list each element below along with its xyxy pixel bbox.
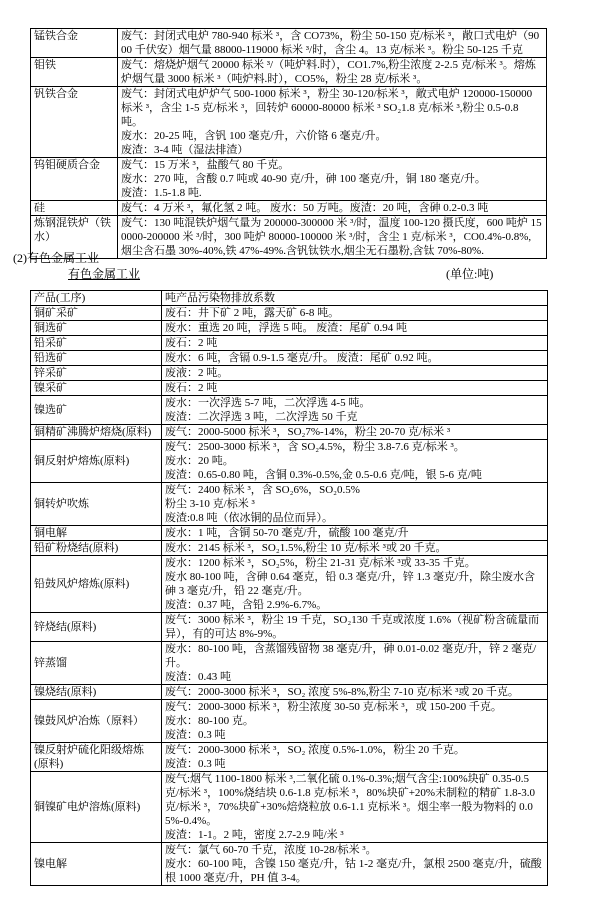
table-row: 钨钼硬质合金 废气：15 万米 ³，盐酸气 80 千克。 废水：270 吨，含酸… xyxy=(31,158,547,201)
product-cell: 镍反射炉硫化阳级熔炼(原料) xyxy=(31,743,162,772)
table-row: 铅鼓风炉熔炼(原料) 废水：1200 标米 ³，SO₂5%，粉尘 21-31 克… xyxy=(31,556,548,613)
product-cell: 铜反射炉熔炼(原料) xyxy=(31,440,162,483)
table-row: 炼钢混铁炉（铁水） 废气：130 吨混铁炉烟气量为 200000-300000 … xyxy=(31,216,547,259)
table-row: 铜转炉吹炼 废气：2400 标米 ³，含 SO₂6%，SO₂0.5% 粉尘 3-… xyxy=(31,483,548,526)
coefficients-cell: 废水：2145 标米 ³，SO₂1.5%,粉尘 10 克/标米 ³或 20 千克… xyxy=(162,541,548,556)
coefficients-cell: 废气：2000-3000 标米 ³，SO₂ 浓度 0.5%-1.0%，粉尘 20… xyxy=(162,743,548,772)
product-cell: 锰铁合金 xyxy=(31,29,118,58)
coefficients-cell: 废气：3000 标米 ³，粉尘 19 千克，SO₂130 千克或浓度 1.6%（… xyxy=(162,613,548,642)
ferroalloy-emission-table: 锰铁合金 废气：封闭式电炉 780-940 标米 ³，含 CO73%，粉尘 50… xyxy=(30,28,547,259)
table-row: 镍采矿 废石：2 吨 xyxy=(31,381,548,396)
coefficients-cell: 废水：1 吨，含铜 50-70 毫克/升，硫酸 100 毫克/升 xyxy=(162,526,548,541)
table-row: 铜精矿沸腾炉熔烧(原料) 废气：2000-5000 标米 ³，SO₂7%-14%… xyxy=(31,425,548,440)
product-cell: 镍鼓风炉冶炼（原料） xyxy=(31,700,162,743)
coefficients-cell: 废气：封闭式电炉 780-940 标米 ³，含 CO73%，粉尘 50-150 … xyxy=(118,29,547,58)
table-row: 铜电解 废水：1 吨，含铜 50-70 毫克/升，硫酸 100 毫克/升 xyxy=(31,526,548,541)
table-row: 镍鼓风炉冶炼（原料） 废气：2000-3000 标米 ³，粉尘浓度 30-50 … xyxy=(31,700,548,743)
product-cell: 铅矿粉烧结(原料) xyxy=(31,541,162,556)
coefficients-cell: 废气：2500-3000 标米 ³，含 SO₂4.5%，粉尘 3.8-7.6 克… xyxy=(162,440,548,483)
coefficients-cell: 废气：2000-3000 标米 ³，粉尘浓度 30-50 克/标米 ³，或 15… xyxy=(162,700,548,743)
document-page: 锰铁合金 废气：封闭式电炉 780-940 标米 ³，含 CO73%，粉尘 50… xyxy=(0,0,592,916)
product-cell: 镍选矿 xyxy=(31,396,162,425)
product-cell: 铅鼓风炉熔炼(原料) xyxy=(31,556,162,613)
section-subtitle: 有色金属工业 xyxy=(68,267,140,282)
coefficients-cell: 废水：80-100 吨，含蒸馏残留物 38 毫克/升，砷 0.01-0.02 毫… xyxy=(162,642,548,685)
coefficients-cell: 废气：2000-3000 标米 ³，SO₂ 浓度 5%-8%,粉尘 7-10 克… xyxy=(162,685,548,700)
table-row: 铜镍矿电炉溶炼(原料) 废气:烟气 1100-1800 标米 ³,二氧化硫 0.… xyxy=(31,772,548,843)
table-row: 锌采矿 废液：2 吨。 xyxy=(31,366,548,381)
product-cell: 硅 xyxy=(31,201,118,216)
section-heading: (2)有色金属工业 xyxy=(13,251,99,266)
product-header-cell: 产品(工序) xyxy=(31,291,162,306)
coefficients-cell: 废气:烟气 1100-1800 标米 ³,二氧化硫 0.1%-0.3%;烟气含尘… xyxy=(162,772,548,843)
table-row: 锌烧结(原料) 废气：3000 标米 ³，粉尘 19 千克，SO₂130 千克或… xyxy=(31,613,548,642)
product-cell: 锌烧结(原料) xyxy=(31,613,162,642)
product-cell: 镍烧结(原料) xyxy=(31,685,162,700)
table-row: 钼铁 废气：熔烧炉烟气 20000 标米 ³/（吨炉料.时），CO1.7%,粉尘… xyxy=(31,58,547,87)
coefficients-cell: 废气：4 万米 ³，氟化氢 2 吨。 废水：50 万吨。废渣：20 吨，含砷 0… xyxy=(118,201,547,216)
table-row: 铅矿粉烧结(原料) 废水：2145 标米 ³，SO₂1.5%,粉尘 10 克/标… xyxy=(31,541,548,556)
coefficients-cell: 废水：一次浮选 5-7 吨，二次浮选 4-5 吨。 废渣：二次浮选 3 吨，二次… xyxy=(162,396,548,425)
product-cell: 铜转炉吹炼 xyxy=(31,483,162,526)
table-row: 镍电解 废气：氯气 60-70 千克，浓度 10-28/标米 ³。 废水：60-… xyxy=(31,843,548,886)
nonferrous-emission-table: 产品(工序) 吨产品污染物排放系数 铜矿采矿 废石：井下矿 2 吨，露天矿 6-… xyxy=(30,290,548,886)
table-row: 铅采矿 废石：2 吨 xyxy=(31,336,548,351)
coefficients-cell: 废水：1200 标米 ³，SO₂5%，粉尘 21-31 克/标米 ³或 33-3… xyxy=(162,556,548,613)
product-cell: 钨钼硬质合金 xyxy=(31,158,118,201)
product-cell: 锌蒸馏 xyxy=(31,642,162,685)
table-row: 铜选矿 废水：重选 20 吨，浮选 5 吨。 废渣：尾矿 0.94 吨 xyxy=(31,321,548,336)
coefficients-cell: 废气：封闭式电炉炉气 500-1000 标米 ³，粉尘 30-120/标米 ³，… xyxy=(118,87,547,158)
coefficients-header-cell: 吨产品污染物排放系数 xyxy=(162,291,548,306)
coefficients-cell: 废气：熔烧炉烟气 20000 标米 ³/（吨炉料.时），CO1.7%,粉尘浓度 … xyxy=(118,58,547,87)
product-cell: 铜矿采矿 xyxy=(31,306,162,321)
product-cell: 钒铁合金 xyxy=(31,87,118,158)
table-row: 钒铁合金 废气：封闭式电炉炉气 500-1000 标米 ³，粉尘 30-120/… xyxy=(31,87,547,158)
unit-label: (单位:吨) xyxy=(446,267,493,282)
table-row: 锰铁合金 废气：封闭式电炉 780-940 标米 ³，含 CO73%，粉尘 50… xyxy=(31,29,547,58)
product-cell: 铅选矿 xyxy=(31,351,162,366)
coefficients-cell: 废气：130 吨混铁炉烟气量为 200000-300000 米 ³/时，温度 1… xyxy=(118,216,547,259)
product-cell: 铜精矿沸腾炉熔烧(原料) xyxy=(31,425,162,440)
coefficients-cell: 废气：15 万米 ³，盐酸气 80 千克。 废水：270 吨，含酸 0.7 吨或… xyxy=(118,158,547,201)
coefficients-cell: 废石：2 吨 xyxy=(162,336,548,351)
coefficients-cell: 废液：2 吨。 xyxy=(162,366,548,381)
coefficients-cell: 废气：2400 标米 ³，含 SO₂6%，SO₂0.5% 粉尘 3-10 克/标… xyxy=(162,483,548,526)
table-row: 铜矿采矿 废石：井下矿 2 吨，露天矿 6-8 吨。 xyxy=(31,306,548,321)
coefficients-cell: 废石：2 吨 xyxy=(162,381,548,396)
coefficients-cell: 废气：氯气 60-70 千克，浓度 10-28/标米 ³。 废水：60-100 … xyxy=(162,843,548,886)
table-row: 铅选矿 废水：6 吨，含镉 0.9-1.5 毫克/升。 废渣：尾矿 0.92 吨… xyxy=(31,351,548,366)
product-cell: 铜选矿 xyxy=(31,321,162,336)
product-cell: 镍电解 xyxy=(31,843,162,886)
table-row: 硅 废气：4 万米 ³，氟化氢 2 吨。 废水：50 万吨。废渣：20 吨，含砷… xyxy=(31,201,547,216)
product-cell: 镍采矿 xyxy=(31,381,162,396)
coefficients-cell: 废气：2000-5000 标米 ³，SO₂7%-14%，粉尘 20-70 克/标… xyxy=(162,425,548,440)
table-row: 镍选矿 废水：一次浮选 5-7 吨，二次浮选 4-5 吨。 废渣：二次浮选 3 … xyxy=(31,396,548,425)
product-cell: 铅采矿 xyxy=(31,336,162,351)
table-row: 镍反射炉硫化阳级熔炼(原料) 废气：2000-3000 标米 ³，SO₂ 浓度 … xyxy=(31,743,548,772)
coefficients-cell: 废水：6 吨，含镉 0.9-1.5 毫克/升。 废渣：尾矿 0.92 吨。 xyxy=(162,351,548,366)
product-cell: 铜镍矿电炉溶炼(原料) xyxy=(31,772,162,843)
product-cell: 钼铁 xyxy=(31,58,118,87)
product-cell: 锌采矿 xyxy=(31,366,162,381)
table-row: 镍烧结(原料) 废气：2000-3000 标米 ³，SO₂ 浓度 5%-8%,粉… xyxy=(31,685,548,700)
product-cell: 铜电解 xyxy=(31,526,162,541)
table-header-row: 产品(工序) 吨产品污染物排放系数 xyxy=(31,291,548,306)
table-row: 铜反射炉熔炼(原料) 废气：2500-3000 标米 ³，含 SO₂4.5%，粉… xyxy=(31,440,548,483)
coefficients-cell: 废水：重选 20 吨，浮选 5 吨。 废渣：尾矿 0.94 吨 xyxy=(162,321,548,336)
coefficients-cell: 废石：井下矿 2 吨，露天矿 6-8 吨。 xyxy=(162,306,548,321)
table-row: 锌蒸馏 废水：80-100 吨，含蒸馏残留物 38 毫克/升，砷 0.01-0.… xyxy=(31,642,548,685)
